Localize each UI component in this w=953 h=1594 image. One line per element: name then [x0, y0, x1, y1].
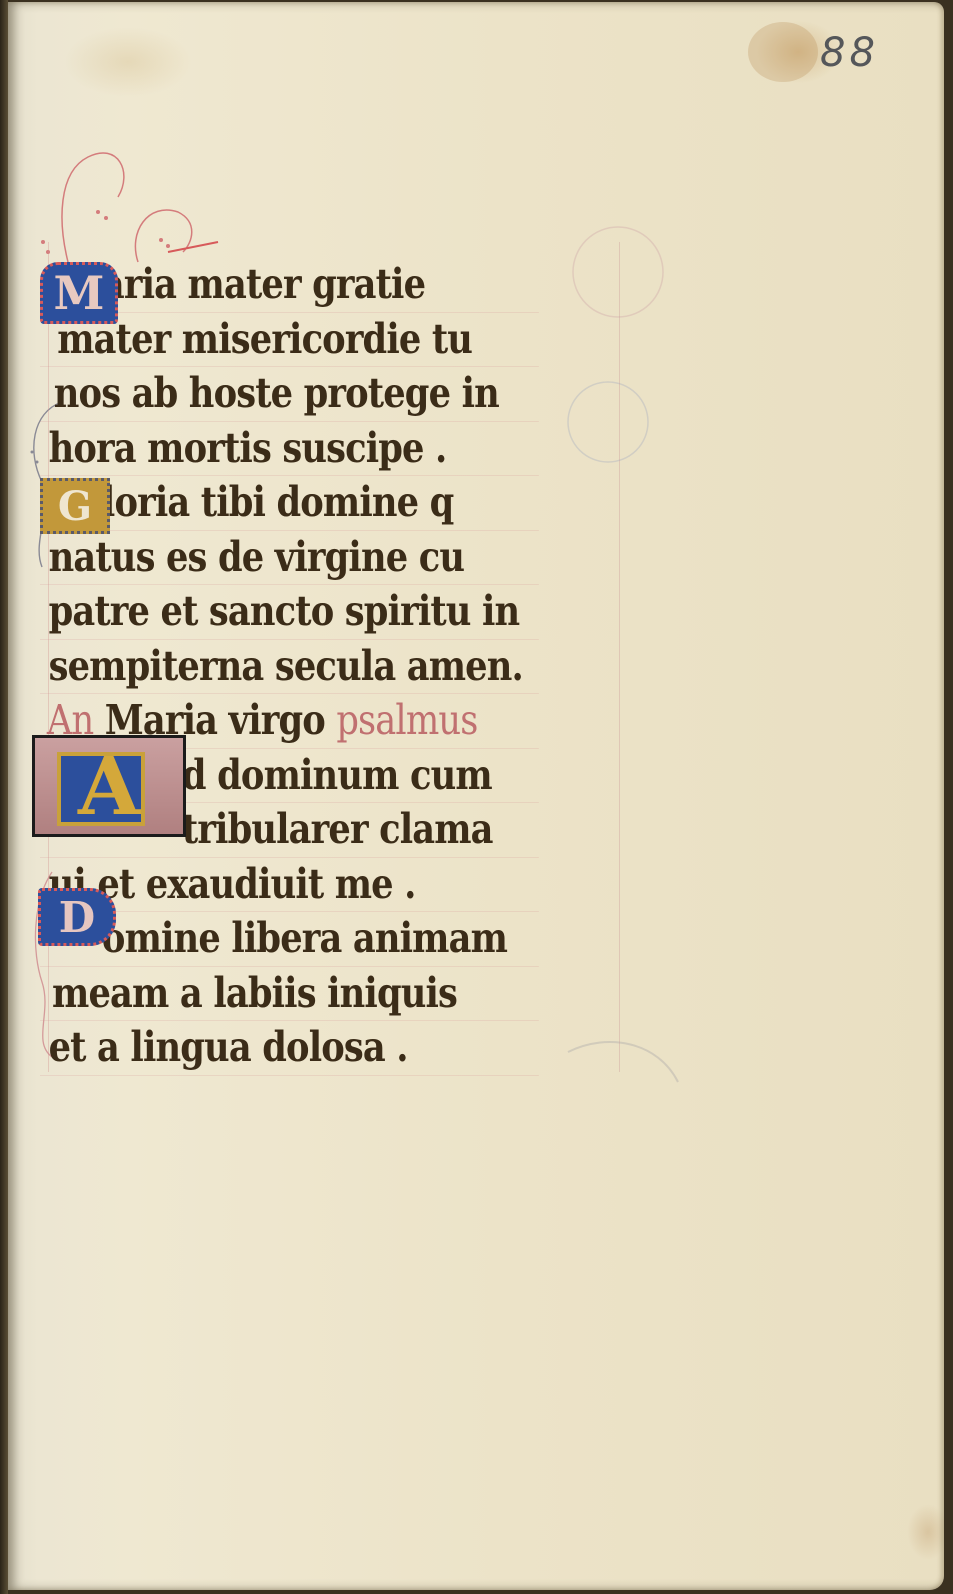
- rubric-psalmus: psalmus: [336, 696, 477, 744]
- line-text: mater misericordie tu: [57, 315, 472, 363]
- text-line: ui et exaudiuit me .: [40, 858, 539, 913]
- text-line: natus es de virgine cu: [40, 531, 539, 586]
- text-line: loria tibi domine q: [40, 476, 539, 531]
- gilded-initial-g: G: [40, 478, 110, 534]
- line-text: nos ab hoste protege in: [54, 369, 499, 417]
- line-text: tribularer clama: [182, 805, 493, 853]
- illuminated-initial-d: D: [38, 888, 116, 946]
- line-text: omine libera animam: [102, 914, 507, 962]
- line-text: aria mater gratie: [102, 260, 425, 308]
- text-line: meam a labiis iniquis: [40, 967, 539, 1022]
- line-text: natus es de virgine cu: [49, 533, 465, 581]
- foxing-stain: [748, 22, 818, 82]
- text-line: nos ab hoste protege in: [40, 367, 539, 422]
- illuminated-initial-m: M: [40, 262, 118, 324]
- initial-a-letter: A: [78, 739, 140, 833]
- line-text: loria tibi domine q: [102, 478, 454, 526]
- text-line: patre et sancto spiritu in: [40, 585, 539, 640]
- text-line: sempiterna secula amen.: [40, 640, 539, 695]
- folio-number: 88: [820, 30, 879, 76]
- line-text: d dominum cum: [182, 751, 492, 799]
- line-text: patre et sancto spiritu in: [49, 587, 520, 635]
- line-text: sempiterna secula amen.: [49, 642, 523, 690]
- line-text: hora mortis suscipe .: [49, 424, 447, 472]
- text-block: aria mater gratie mater misericordie tu …: [40, 258, 620, 1076]
- text-line: et a lingua dolosa .: [40, 1021, 539, 1076]
- illuminated-initial-a: A: [32, 735, 186, 837]
- text-line: hora mortis suscipe .: [40, 422, 539, 477]
- binding-gutter: [0, 0, 8, 1594]
- line-text: meam a labiis iniquis: [52, 969, 457, 1017]
- line-text: et a lingua dolosa .: [49, 1023, 408, 1071]
